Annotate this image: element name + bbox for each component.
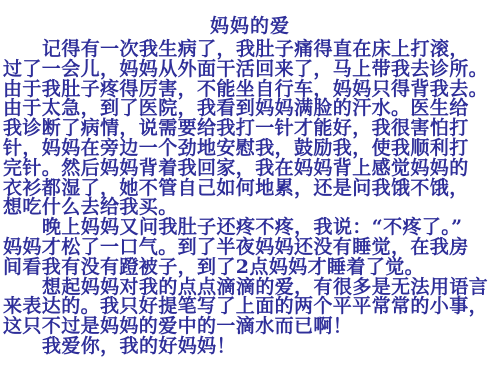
text-line: 这只不过是妈妈的爱中的一滴水而已啊！	[3, 317, 498, 337]
text-line: 间看我有没有蹬被子，到了2点妈妈才睡着了觉。	[3, 258, 498, 278]
document-page: 妈妈的爱 记得有一次我生病了，我肚子痛得直在床上打滚， 过了一会儿，妈妈从外面干…	[0, 0, 500, 375]
text-line: 过了一会儿，妈妈从外面干活回来了，马上带我去诊所。	[3, 60, 498, 80]
text-line: 完针。然后妈妈背着我回家，我在妈妈背上感觉妈妈的	[3, 159, 498, 179]
text-line: 我爱你，我的好妈妈！	[3, 337, 498, 357]
text-line: 晚上妈妈又问我肚子还疼不疼，我说：“不疼了。”	[3, 218, 498, 238]
text-line: 我诊断了病情，说需要给我打一针才能好，我很害怕打	[3, 119, 498, 139]
text-line: 妈妈才松了一口气。到了半夜妈妈还没有睡觉，在我房	[3, 238, 498, 258]
document-body: 记得有一次我生病了，我肚子痛得直在床上打滚， 过了一会儿，妈妈从外面干活回来了，…	[0, 40, 500, 357]
page-title: 妈妈的爱	[0, 15, 500, 37]
text-line: 记得有一次我生病了，我肚子痛得直在床上打滚，	[3, 40, 498, 60]
text-line: 针，妈妈在旁边一个劲地安慰我，鼓励我，使我顺利打	[3, 139, 498, 159]
